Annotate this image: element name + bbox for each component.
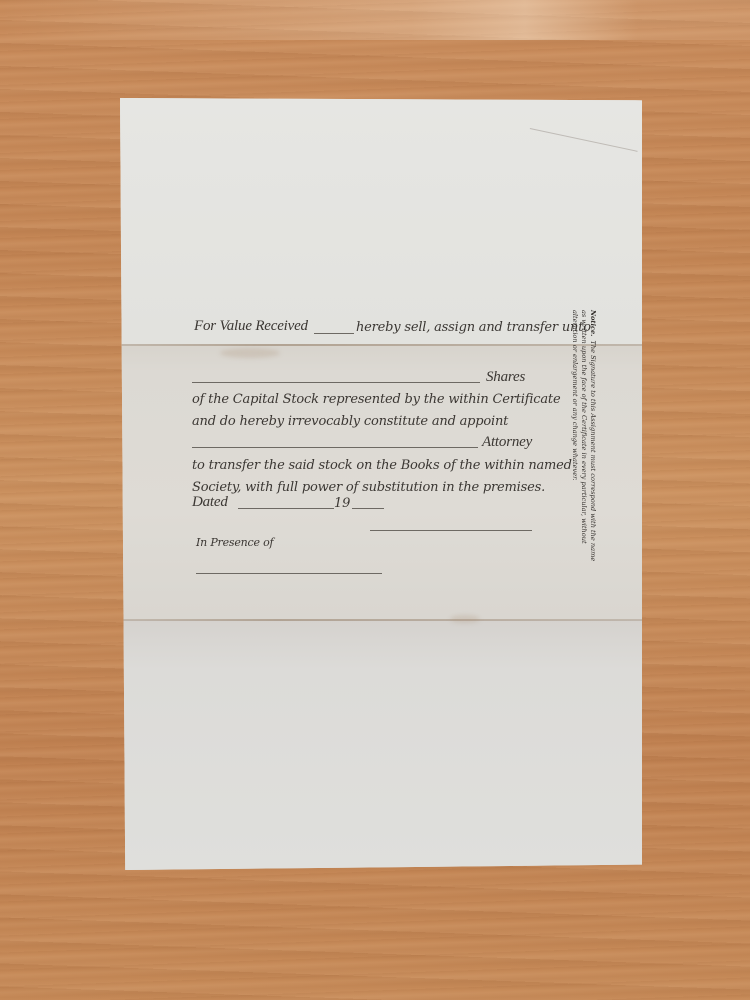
- capital-stock-text: of the Capital Stock represented by the …: [192, 392, 560, 407]
- signature-notice: Notice.The Signature to this Assignment …: [570, 310, 597, 570]
- for-value-received-label: For Value Received: [194, 318, 308, 335]
- notice-label: Notice.: [589, 310, 597, 336]
- transfer-clause-text: hereby sell, assign and transfer unto: [356, 320, 591, 335]
- paper-bottom-panel: [120, 620, 642, 870]
- attorney-blank-line: [192, 447, 478, 448]
- seller-blank-line: [314, 333, 354, 334]
- date-blank-line: [238, 508, 334, 509]
- paper-stain: [450, 615, 480, 623]
- year-prefix: 19: [334, 496, 350, 511]
- wood-light-reflection: [0, 0, 750, 40]
- shares-label: Shares: [486, 369, 525, 386]
- in-presence-of-label: In Presence of: [196, 536, 273, 549]
- year-blank-line: [352, 508, 384, 509]
- signature-line: [370, 530, 532, 531]
- fold-crease-upper: [120, 344, 642, 346]
- fold-crease-lower: [120, 619, 642, 621]
- dated-label: Dated: [192, 494, 228, 511]
- notice-text: The Signature to this Assignment must co…: [571, 310, 597, 561]
- witness-signature-line: [196, 573, 382, 574]
- transferee-blank-line: [192, 382, 480, 383]
- attorney-label: Attorney: [482, 434, 532, 451]
- assignment-form-sheet: For Value Received hereby sell, assign a…: [120, 98, 642, 870]
- transfer-books-text: to transfer the said stock on the Books …: [192, 458, 572, 473]
- paper-stain: [220, 348, 280, 358]
- appoint-clause-text: and do hereby irrevocably constitute and…: [192, 414, 508, 429]
- substitution-text: Society, with full power of substitution…: [192, 480, 545, 495]
